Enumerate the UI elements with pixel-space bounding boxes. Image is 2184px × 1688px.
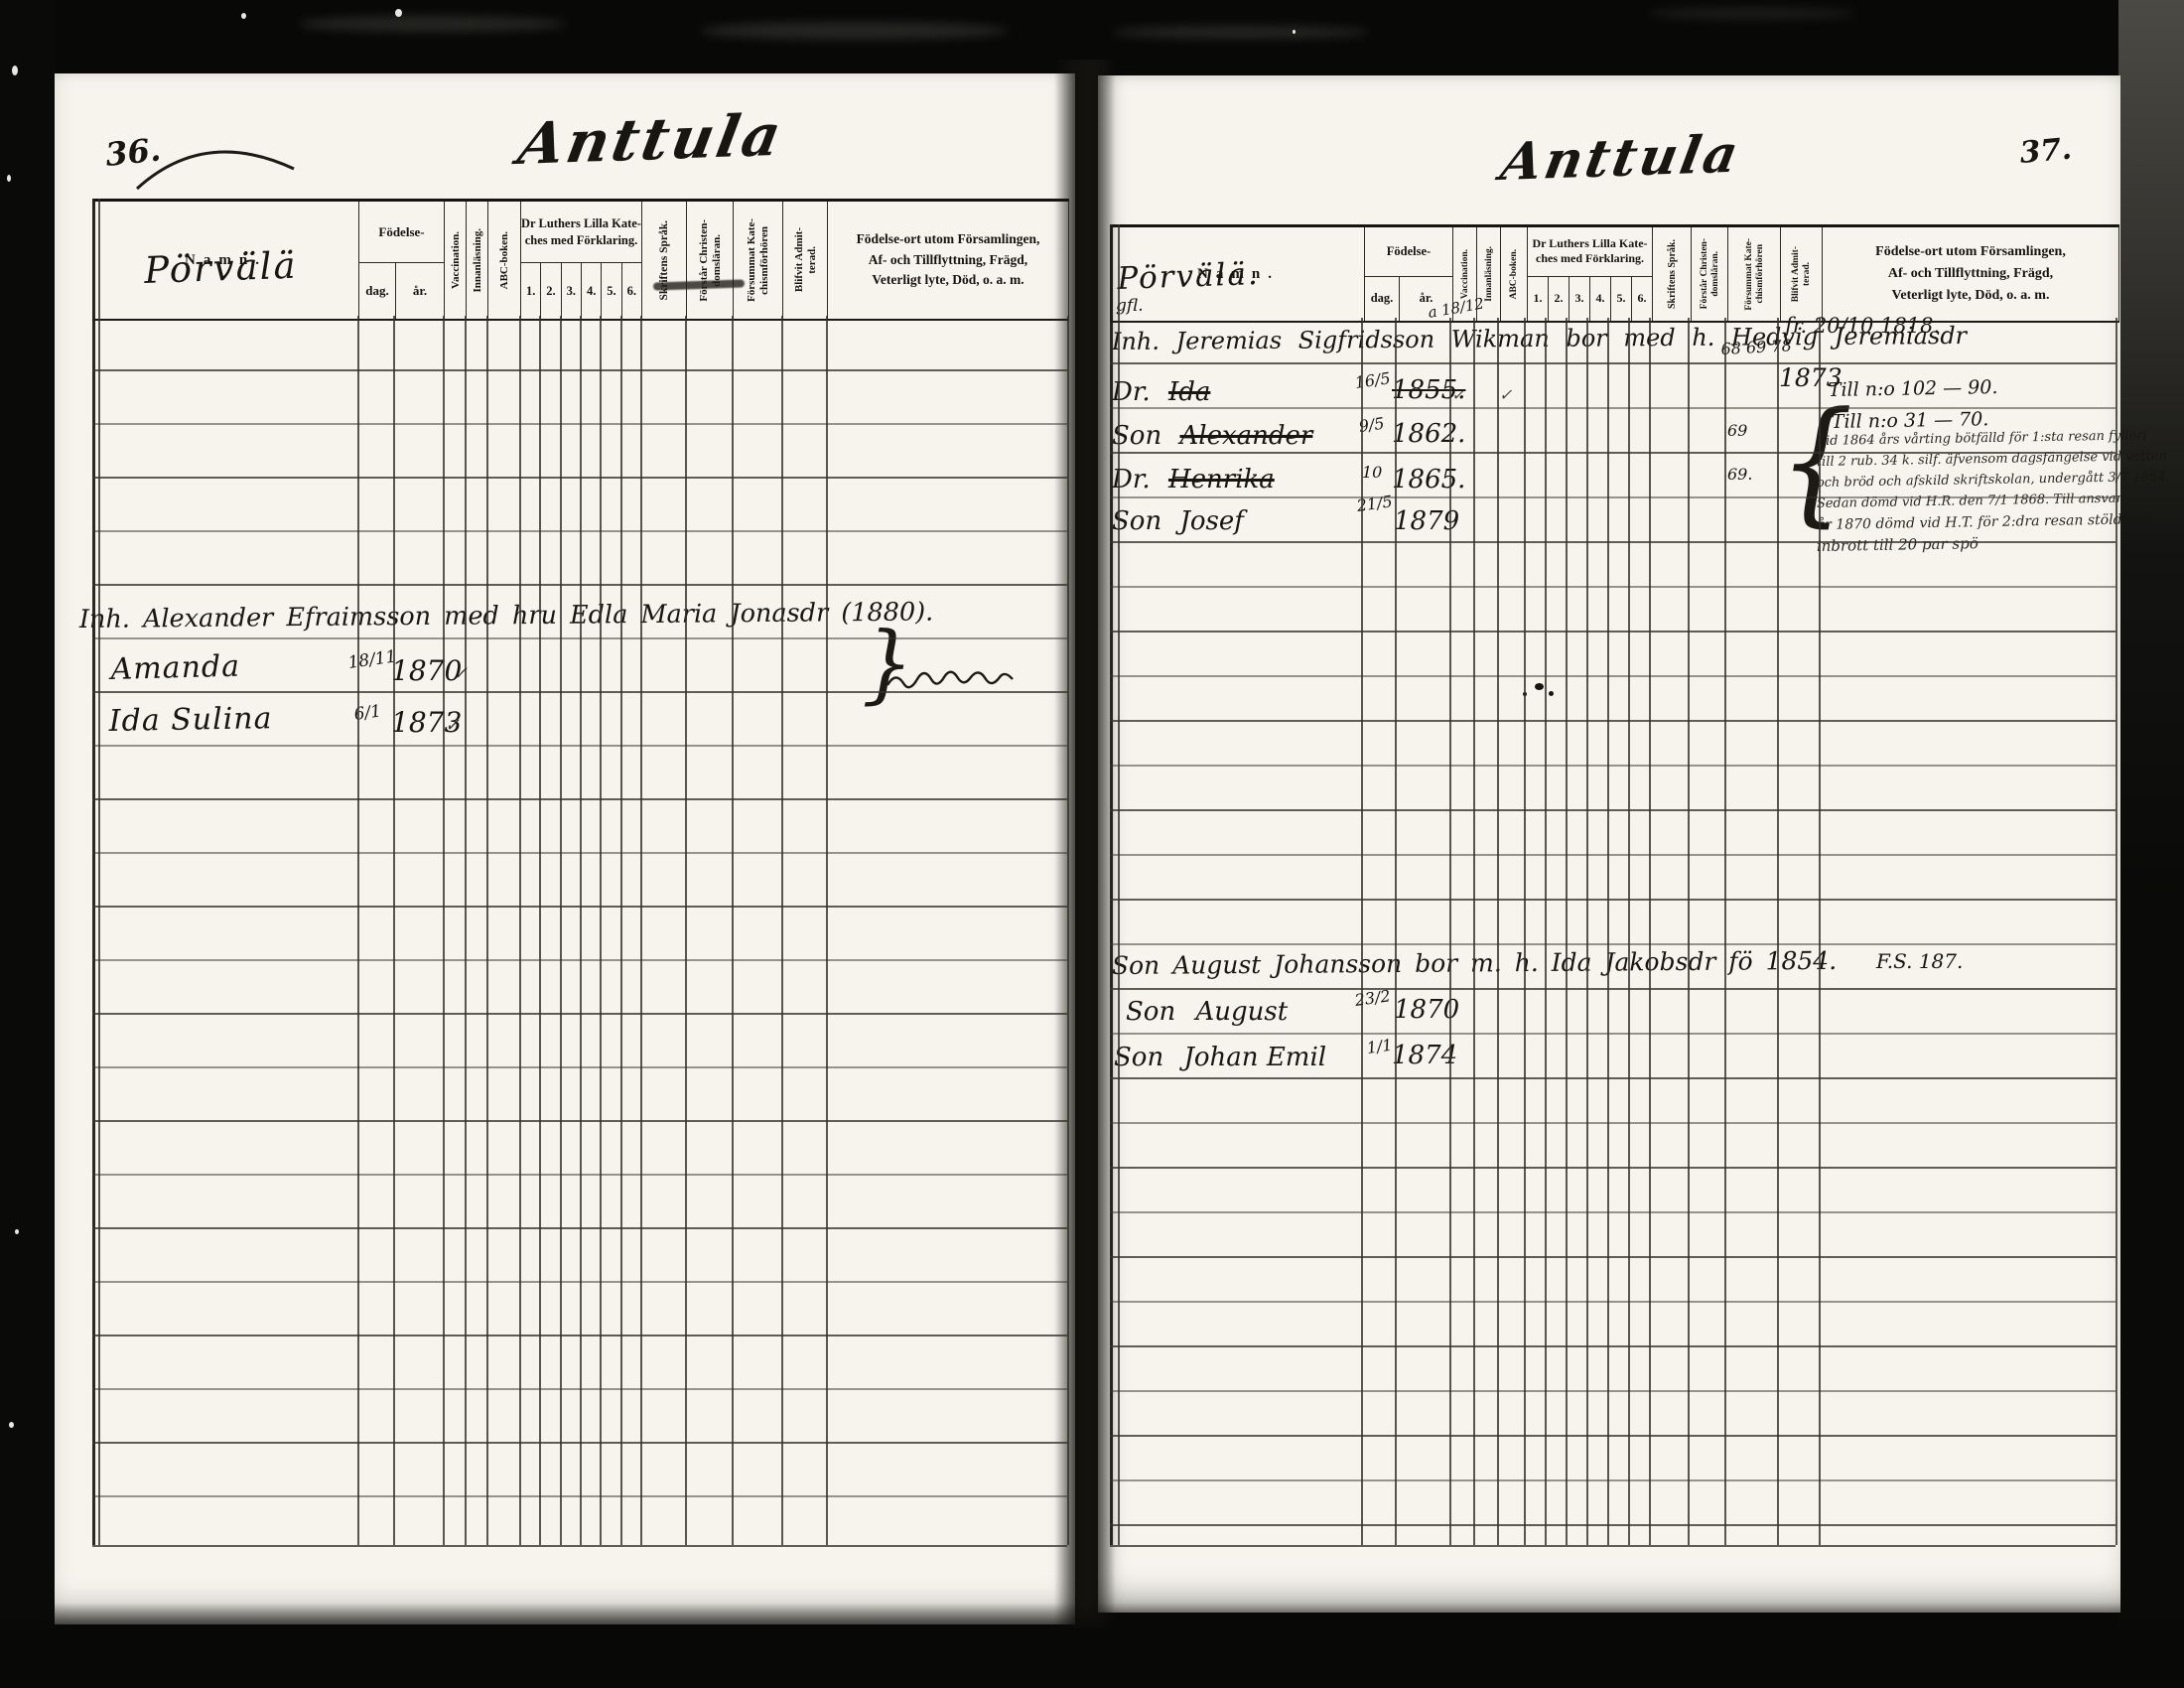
member-name: Josef xyxy=(1179,506,1243,536)
grid-hline xyxy=(1110,1345,2116,1347)
col-katekes-label2: ches med Förklaring. xyxy=(525,232,638,248)
col-kat5: 5. xyxy=(601,263,620,319)
grid-vline xyxy=(1607,318,1609,1545)
forsummat-mark: 69. xyxy=(1727,467,1752,483)
grid-hline xyxy=(1110,809,2116,811)
admitted-note: fr. 20/10 1818. xyxy=(1785,316,1940,337)
grid-hline xyxy=(1110,765,2116,767)
col-kat4: 4. xyxy=(581,263,601,319)
col-fodelseort: Födelse-ort utom Församlingen, Af- och T… xyxy=(827,202,1068,319)
grid-vline xyxy=(560,316,562,1545)
grid-hline xyxy=(1110,1479,2116,1481)
member-birth-day: 1/1 xyxy=(1366,1038,1394,1056)
grid-hline xyxy=(92,1120,1067,1122)
grid-hline xyxy=(1110,496,2116,498)
col-innanlasning-label: Innanläsning. xyxy=(472,228,483,293)
grid-vline xyxy=(1395,318,1397,1545)
grid-vline xyxy=(1067,316,1069,1545)
grid-hline xyxy=(92,852,1067,854)
member-name: Henrika xyxy=(1168,465,1275,494)
grid-vline xyxy=(732,316,734,1545)
col-blifvit: Blifvit Admit- terad. xyxy=(1780,227,1822,321)
member-prefix: Son xyxy=(1126,997,1175,1027)
grid-hline xyxy=(92,369,1067,371)
col-kat6: 6. xyxy=(621,263,641,319)
col-katekes: Dr Luthers Lilla Kate- ches med Förklari… xyxy=(1527,227,1652,321)
transfer-note: Till n:o 31 — 70. xyxy=(1832,410,1989,432)
member-birth-day: 10 xyxy=(1362,465,1382,481)
grid-hline xyxy=(1110,1390,2116,1392)
grid-hline xyxy=(92,1545,1067,1547)
child-name: Ida Sulina xyxy=(108,704,272,737)
grid-hline xyxy=(1110,899,2116,901)
member-row: Son August xyxy=(1126,999,1288,1025)
grid-vline xyxy=(1649,318,1651,1545)
grid-hline xyxy=(1110,407,2116,409)
grid-hline xyxy=(92,798,1067,800)
grid-hline xyxy=(1110,720,2116,722)
col-blifvit-label1: Blifvit Admit- xyxy=(1791,246,1801,302)
grid-vline xyxy=(640,316,642,1545)
col-innanlasning-label: Innanläsning. xyxy=(1484,246,1494,302)
col-kat2: 2. xyxy=(1548,277,1569,321)
grid-vline xyxy=(539,316,541,1545)
grid-vline xyxy=(465,316,467,1545)
grid-vline xyxy=(620,316,622,1545)
grid-hline xyxy=(1110,1122,2116,1124)
grid-vline xyxy=(1586,318,1588,1545)
grid-vline xyxy=(580,316,582,1545)
grid-hline xyxy=(92,1227,1067,1229)
col-kat1: 1. xyxy=(521,263,540,319)
col-abc-label: ABC-boken. xyxy=(1509,249,1519,299)
col-vaccination: Vaccination. xyxy=(444,202,466,319)
grid-vline xyxy=(781,316,783,1545)
grid-hline xyxy=(92,1388,1067,1390)
grid-vline xyxy=(1473,318,1475,1545)
grid-vline xyxy=(685,316,687,1545)
member-birth-year: 1862. xyxy=(1392,421,1465,447)
col-forsummat: Försummat Kate- chismförhören xyxy=(1727,227,1780,321)
check-mark: ✓ xyxy=(1451,387,1464,403)
grid-hline xyxy=(1110,541,2116,543)
col-kat4: 4. xyxy=(1589,277,1610,321)
grid-hline xyxy=(92,477,1067,479)
grid-vline xyxy=(1449,318,1451,1545)
grid-hline xyxy=(92,1066,1067,1068)
grid-hline xyxy=(1110,988,2116,990)
grid-vline xyxy=(443,316,445,1545)
grid-vline xyxy=(92,199,95,1545)
grid-vline xyxy=(519,316,521,1545)
member-row: Son Johan Emil xyxy=(1114,1045,1326,1070)
col-kat5: 5. xyxy=(1610,277,1631,321)
col-abc: ABC-boken. xyxy=(1500,227,1527,321)
ink-speck xyxy=(1535,683,1544,690)
grid-hline xyxy=(1110,1256,2116,1258)
grid-vline xyxy=(1524,318,1526,1545)
member-prefix: Son xyxy=(1114,1043,1163,1072)
col-abc: ABC-boken. xyxy=(487,202,520,319)
col-forsummat-label2: chismförhören xyxy=(758,226,770,295)
col-ar-label: år. xyxy=(395,263,444,319)
col-forstar-label1: Förstår Christen- xyxy=(1700,238,1709,309)
grid-vline xyxy=(98,199,100,1545)
col-vaccination-label: Vaccination. xyxy=(450,231,462,289)
col-katekes-label2: ches med Förklaring. xyxy=(1536,251,1644,266)
col-dag-label: dag. xyxy=(359,263,395,319)
village-name-right: Pörvälä. xyxy=(1117,259,1260,295)
grid-vline xyxy=(1497,318,1499,1545)
margin-abbreviation: gfl. xyxy=(1116,298,1144,315)
grid-vline xyxy=(357,316,359,1545)
col-fodelseort-line2: Af- och Tillflyttning, Frägd, xyxy=(1888,263,2053,285)
col-dag-label: dag. xyxy=(1365,277,1399,321)
grid-hline xyxy=(92,1281,1067,1283)
member-row: Son Josef xyxy=(1112,508,1244,534)
col-blifvit-label2: terad. xyxy=(1802,262,1812,286)
grid-hline xyxy=(1110,631,2116,633)
grid-hline xyxy=(92,584,1067,586)
col-innanlasning: Innanläsning. xyxy=(466,202,487,319)
member-name: August xyxy=(1195,997,1288,1027)
grid-hline xyxy=(92,1442,1067,1444)
grid-vline xyxy=(1566,318,1568,1545)
col-fodelseort-line3: Veterligt lyte, Död, o. a. m. xyxy=(872,270,1024,291)
child-birth-year: 1870 xyxy=(391,657,462,685)
col-vaccination-label: Vaccination. xyxy=(1460,249,1470,299)
grid-hline xyxy=(92,691,1067,693)
member-name: Alexander xyxy=(1179,421,1312,451)
grid-hline xyxy=(92,1174,1067,1176)
col-kat3: 3. xyxy=(1569,277,1589,321)
forsummat-years: 68 69 78 xyxy=(1720,338,1792,357)
col-katekes: Dr Luthers Lilla Kate- ches med Förklari… xyxy=(520,202,641,319)
member-name: Johan Emil xyxy=(1183,1043,1326,1072)
grid-vline xyxy=(486,316,488,1545)
col-katekes-label1: Dr Luthers Lilla Kate- xyxy=(521,215,641,231)
member-birth-year: 1874 xyxy=(1392,1043,1457,1068)
col-skriftens: Skriftens Språk. xyxy=(641,202,686,319)
grid-hline xyxy=(1110,452,2116,454)
scan-right-border xyxy=(2118,0,2184,1688)
col-fodelseort-line2: Af- och Tillflyttning, Frägd, xyxy=(869,250,1027,271)
col-forstar: Förstår Christen- domsläran. xyxy=(686,202,733,319)
grid-hline xyxy=(92,637,1067,639)
col-fodelseort-line3: Veterligt lyte, Död, o. a. m. xyxy=(1892,285,2050,307)
flourish-arc xyxy=(127,127,306,197)
grid-vline xyxy=(1545,318,1547,1545)
page-title-left: Anttula xyxy=(514,106,788,173)
member-row: Dr. Henrika xyxy=(1112,467,1275,492)
col-forsummat-label1: Försummat Kate- xyxy=(1744,238,1754,311)
col-fodelse-label: Födelse- xyxy=(359,202,444,263)
grid-vline xyxy=(600,316,602,1545)
member-name: Ida xyxy=(1168,377,1210,407)
col-forstar-label2: domsläran. xyxy=(1710,251,1720,297)
grid-vline xyxy=(826,316,828,1545)
grid-hline xyxy=(1110,943,2116,945)
marginal-note-line: inbrott till 20 par spö xyxy=(1817,536,1979,554)
page-number-right: 37. xyxy=(2018,135,2073,169)
grid-vline xyxy=(1628,318,1630,1545)
col-forsummat: Försummat Kate- chismförhören xyxy=(733,202,782,319)
member-birth-year: 1865. xyxy=(1392,467,1465,492)
ink-speck xyxy=(1549,691,1554,696)
grid-hline xyxy=(92,906,1067,908)
grid-hline xyxy=(92,1013,1067,1015)
check-mark: ✓ xyxy=(445,717,460,735)
grid-hline xyxy=(1110,1524,2116,1526)
col-forstar-label2: domsläran. xyxy=(711,234,723,287)
scan-left-border xyxy=(0,0,56,1688)
grid-vline xyxy=(1777,318,1779,1545)
grid-hline xyxy=(1110,1033,2116,1035)
grid-hline xyxy=(1110,1435,2116,1437)
col-fodelseort: Födelse-ort utom Församlingen, Af- och T… xyxy=(1822,227,2118,321)
transfer-note: Till n:o 102 — 90. xyxy=(1829,378,1998,400)
col-fodelse: Födelse- dag. år. xyxy=(358,202,444,319)
grid-hline xyxy=(92,745,1067,747)
child-name: Amanda xyxy=(110,652,240,685)
col-abc-label: ABC-boken. xyxy=(498,231,510,289)
grid-vline xyxy=(393,316,395,1545)
grid-hline xyxy=(92,530,1067,532)
col-katekes-label1: Dr Luthers Lilla Kate- xyxy=(1532,236,1647,251)
col-kat2: 2. xyxy=(540,263,560,319)
grid-hline xyxy=(1110,362,2116,364)
col-kat3: 3. xyxy=(561,263,581,319)
grid-hline xyxy=(92,1335,1067,1336)
col-blifvit-label1: Blifvit Admit- xyxy=(793,227,805,292)
col-blifvit-label2: terad. xyxy=(806,246,818,274)
grid-hline xyxy=(1110,1301,2116,1303)
col-forstar: Förstår Christen- domsläran. xyxy=(1691,227,1727,321)
grid-vline xyxy=(1819,318,1821,1545)
col-kat6: 6. xyxy=(1631,277,1652,321)
table-header-right: Namn. Födelse- dag. år. Vaccination. Inn… xyxy=(1110,224,2119,323)
col-skriftens: Skriftens Språk. xyxy=(1652,227,1691,321)
col-blifvit: Blifvit Admit- terad. xyxy=(782,202,827,319)
scanned-document: 36. Anttula Namn. Födelse- dag. år. Vacc… xyxy=(0,0,2184,1688)
col-forsummat-label2: chismförhören xyxy=(1755,244,1765,303)
margin-note-fs: F.S. 187. xyxy=(1876,951,1963,971)
col-kat1: 1. xyxy=(1528,277,1548,321)
grid-hline xyxy=(1110,854,2116,856)
grid-hline xyxy=(1110,675,2116,677)
member-row: Dr. Ida xyxy=(1112,379,1210,405)
grid-vline xyxy=(1361,318,1363,1545)
forsummat-mark: 69 xyxy=(1727,423,1747,439)
col-fodelse-label: Födelse- xyxy=(1365,227,1452,277)
scan-bottom-border xyxy=(0,1603,2184,1688)
grid-vline xyxy=(1724,318,1726,1545)
member-row: Son Alexander xyxy=(1112,423,1312,449)
grid-hline xyxy=(92,1495,1067,1497)
page-title-right: Anttula xyxy=(1497,129,1744,189)
col-fodelseort-line1: Födelse-ort utom Församlingen, xyxy=(1875,241,2066,263)
grid-vline xyxy=(2116,318,2117,1545)
grid-hline xyxy=(1110,1167,2116,1169)
col-skriftens-label: Skriftens Språk. xyxy=(1667,239,1678,309)
col-forsummat-label1: Försummat Kate- xyxy=(746,218,757,302)
grid-hline xyxy=(92,423,1067,425)
grid-hline xyxy=(1110,1545,2116,1547)
grid-hline xyxy=(1110,586,2116,588)
grid-hline xyxy=(92,959,1067,961)
grid-hline xyxy=(1110,1077,2116,1079)
grid-vline xyxy=(1688,318,1690,1545)
family-entry-left: Inh. Alexander Efraimsson med hru Edla M… xyxy=(79,600,934,633)
col-fodelseort-line1: Födelse-ort utom Församlingen, xyxy=(857,229,1040,250)
grid-hline xyxy=(1110,1211,2116,1213)
village-name-left: Pörvälä xyxy=(144,247,298,289)
check-mark: ✓ xyxy=(1499,387,1512,403)
